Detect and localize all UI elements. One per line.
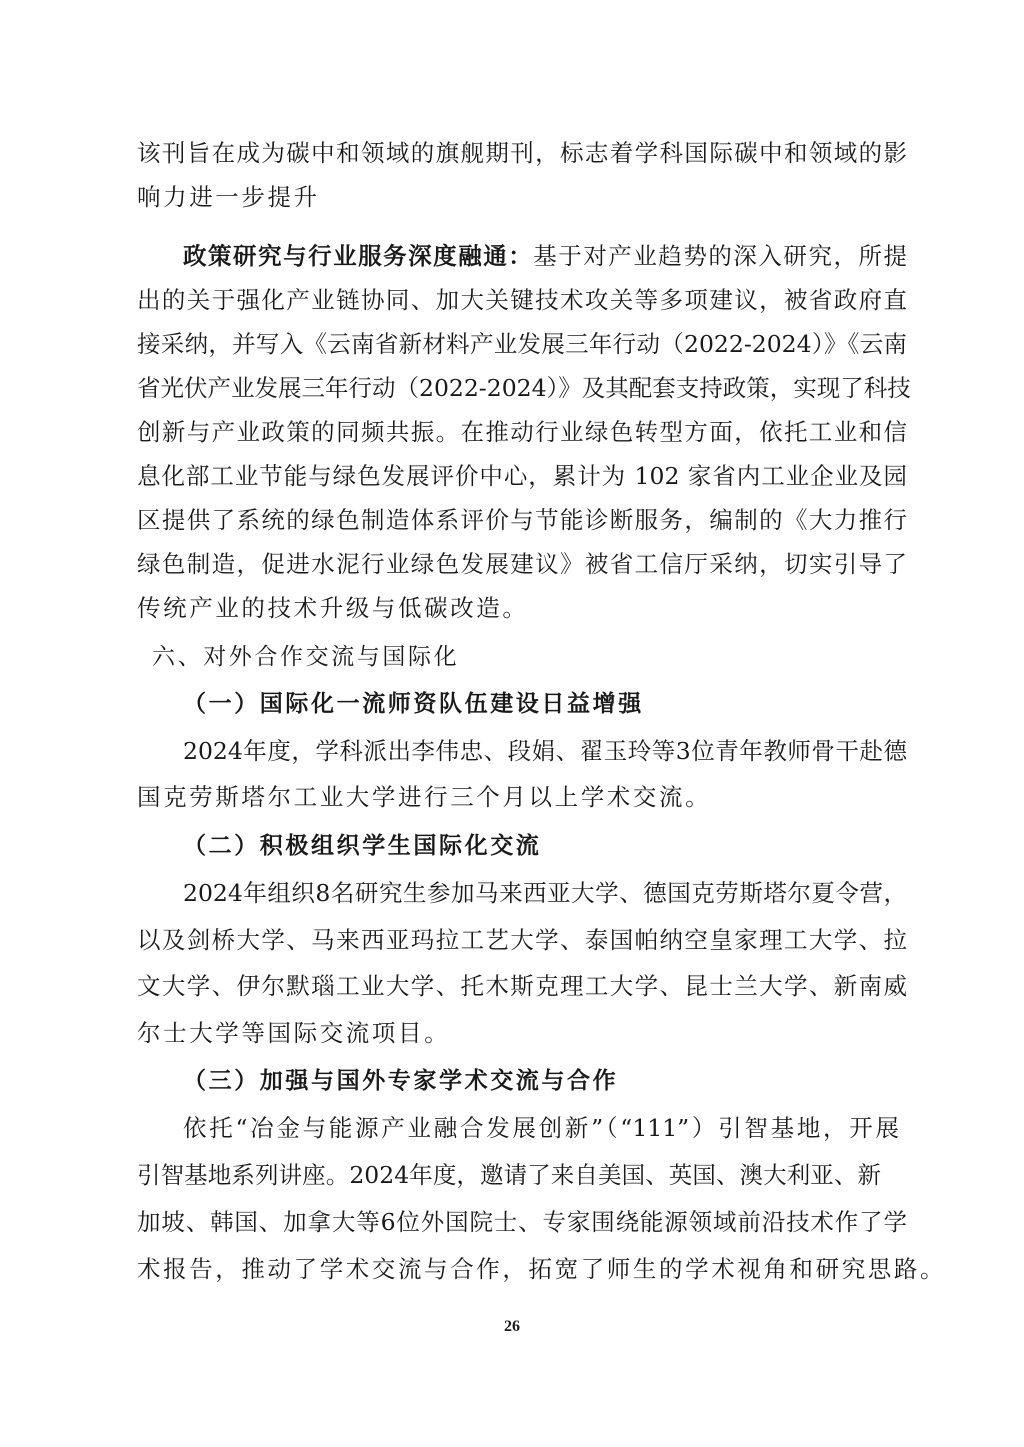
paragraph-line: 响力进一步提升 [137, 181, 907, 213]
paragraph-line: 出的关于强化产业链协同、加大关键技术攻关等多项建议，被省政府直 [137, 284, 907, 316]
paragraph-line: 区提供了系统的绿色制造体系评价与节能诊断服务，编制的《大力推行 [137, 504, 907, 536]
paragraph-line: 2024年组织8名研究生参加马来西亚大学、德国克劳斯塔尔夏令营， [183, 877, 907, 909]
paragraph-line: 息化部工业节能与绿色发展评价中心，累计为 102 家省内工业企业及园 [137, 460, 907, 492]
paragraph-text: 基于对产业趋势的深入研究，所提 [533, 242, 907, 270]
page-number: 26 [0, 1318, 1024, 1336]
paragraph-line: 以及剑桥大学、马来西亚玛拉工艺大学、泰国帕纳空皇家理工大学、拉 [137, 924, 907, 956]
paragraph-line: 文大学、伊尔默瑙工业大学、托木斯克理工大学、昆士兰大学、新南威 [137, 970, 907, 1002]
paragraph-line: 国克劳斯塔尔工业大学进行三个月以上学术交流。 [137, 781, 907, 813]
document-page: 该刊旨在成为碳中和领域的旗舰期刊，标志着学科国际碳中和领域的影 响力进一步提升 … [0, 0, 1024, 1447]
paragraph-line: 加坡、韩国、加拿大等6位外国院士、专家围绕能源领域前沿技术作了学 [137, 1206, 907, 1238]
paragraph-first-line: 政策研究与行业服务深度融通：基于对产业趋势的深入研究，所提 [183, 240, 907, 272]
paragraph-line: 引智基地系列讲座。2024年度，邀请了来自美国、英国、澳大利亚、新 [137, 1159, 881, 1191]
paragraph-line: 绿色制造，促进水泥行业绿色发展建议》被省工信厅采纳，切实引导了 [137, 548, 907, 580]
paragraph-line: 依托“冶金与能源产业融合发展创新”（“111”）引智基地，开展 [183, 1112, 899, 1144]
paragraph-line: 术报告，推动了学术交流与合作，拓宽了师生的学术视角和研究思路。 [137, 1253, 907, 1285]
subsection-heading: （二）积极组织学生国际化交流 [183, 830, 953, 862]
section-heading: 六、对外合作交流与国际化 [152, 641, 922, 673]
subsection-heading: （三）加强与国外专家学术交流与合作 [183, 1065, 953, 1097]
paragraph-line: 该刊旨在成为碳中和领域的旗舰期刊，标志着学科国际碳中和领域的影 [137, 137, 907, 169]
paragraph-line: 2024年度，学科派出李伟忠、段娟、翟玉玲等3位青年教师骨干赴德 [183, 735, 907, 767]
subsection-heading: （一）国际化一流师资队伍建设日益增强 [183, 688, 953, 720]
paragraph-lead-bold: 政策研究与行业服务深度融通： [183, 242, 533, 270]
paragraph-line: 创新与产业政策的同频共振。在推动行业绿色转型方面，依托工业和信 [137, 416, 907, 448]
paragraph-line: 省光伏产业发展三年行动（2022-2024）》及其配套支持政策，实现了科技 [137, 372, 907, 404]
paragraph-line: 传统产业的技术升级与低碳改造。 [137, 592, 907, 624]
paragraph-line: 接采纳，并写入《云南省新材料产业发展三年行动（2022-2024）》《云南 [137, 328, 907, 360]
paragraph-line: 尔士大学等国际交流项目。 [137, 1017, 907, 1049]
